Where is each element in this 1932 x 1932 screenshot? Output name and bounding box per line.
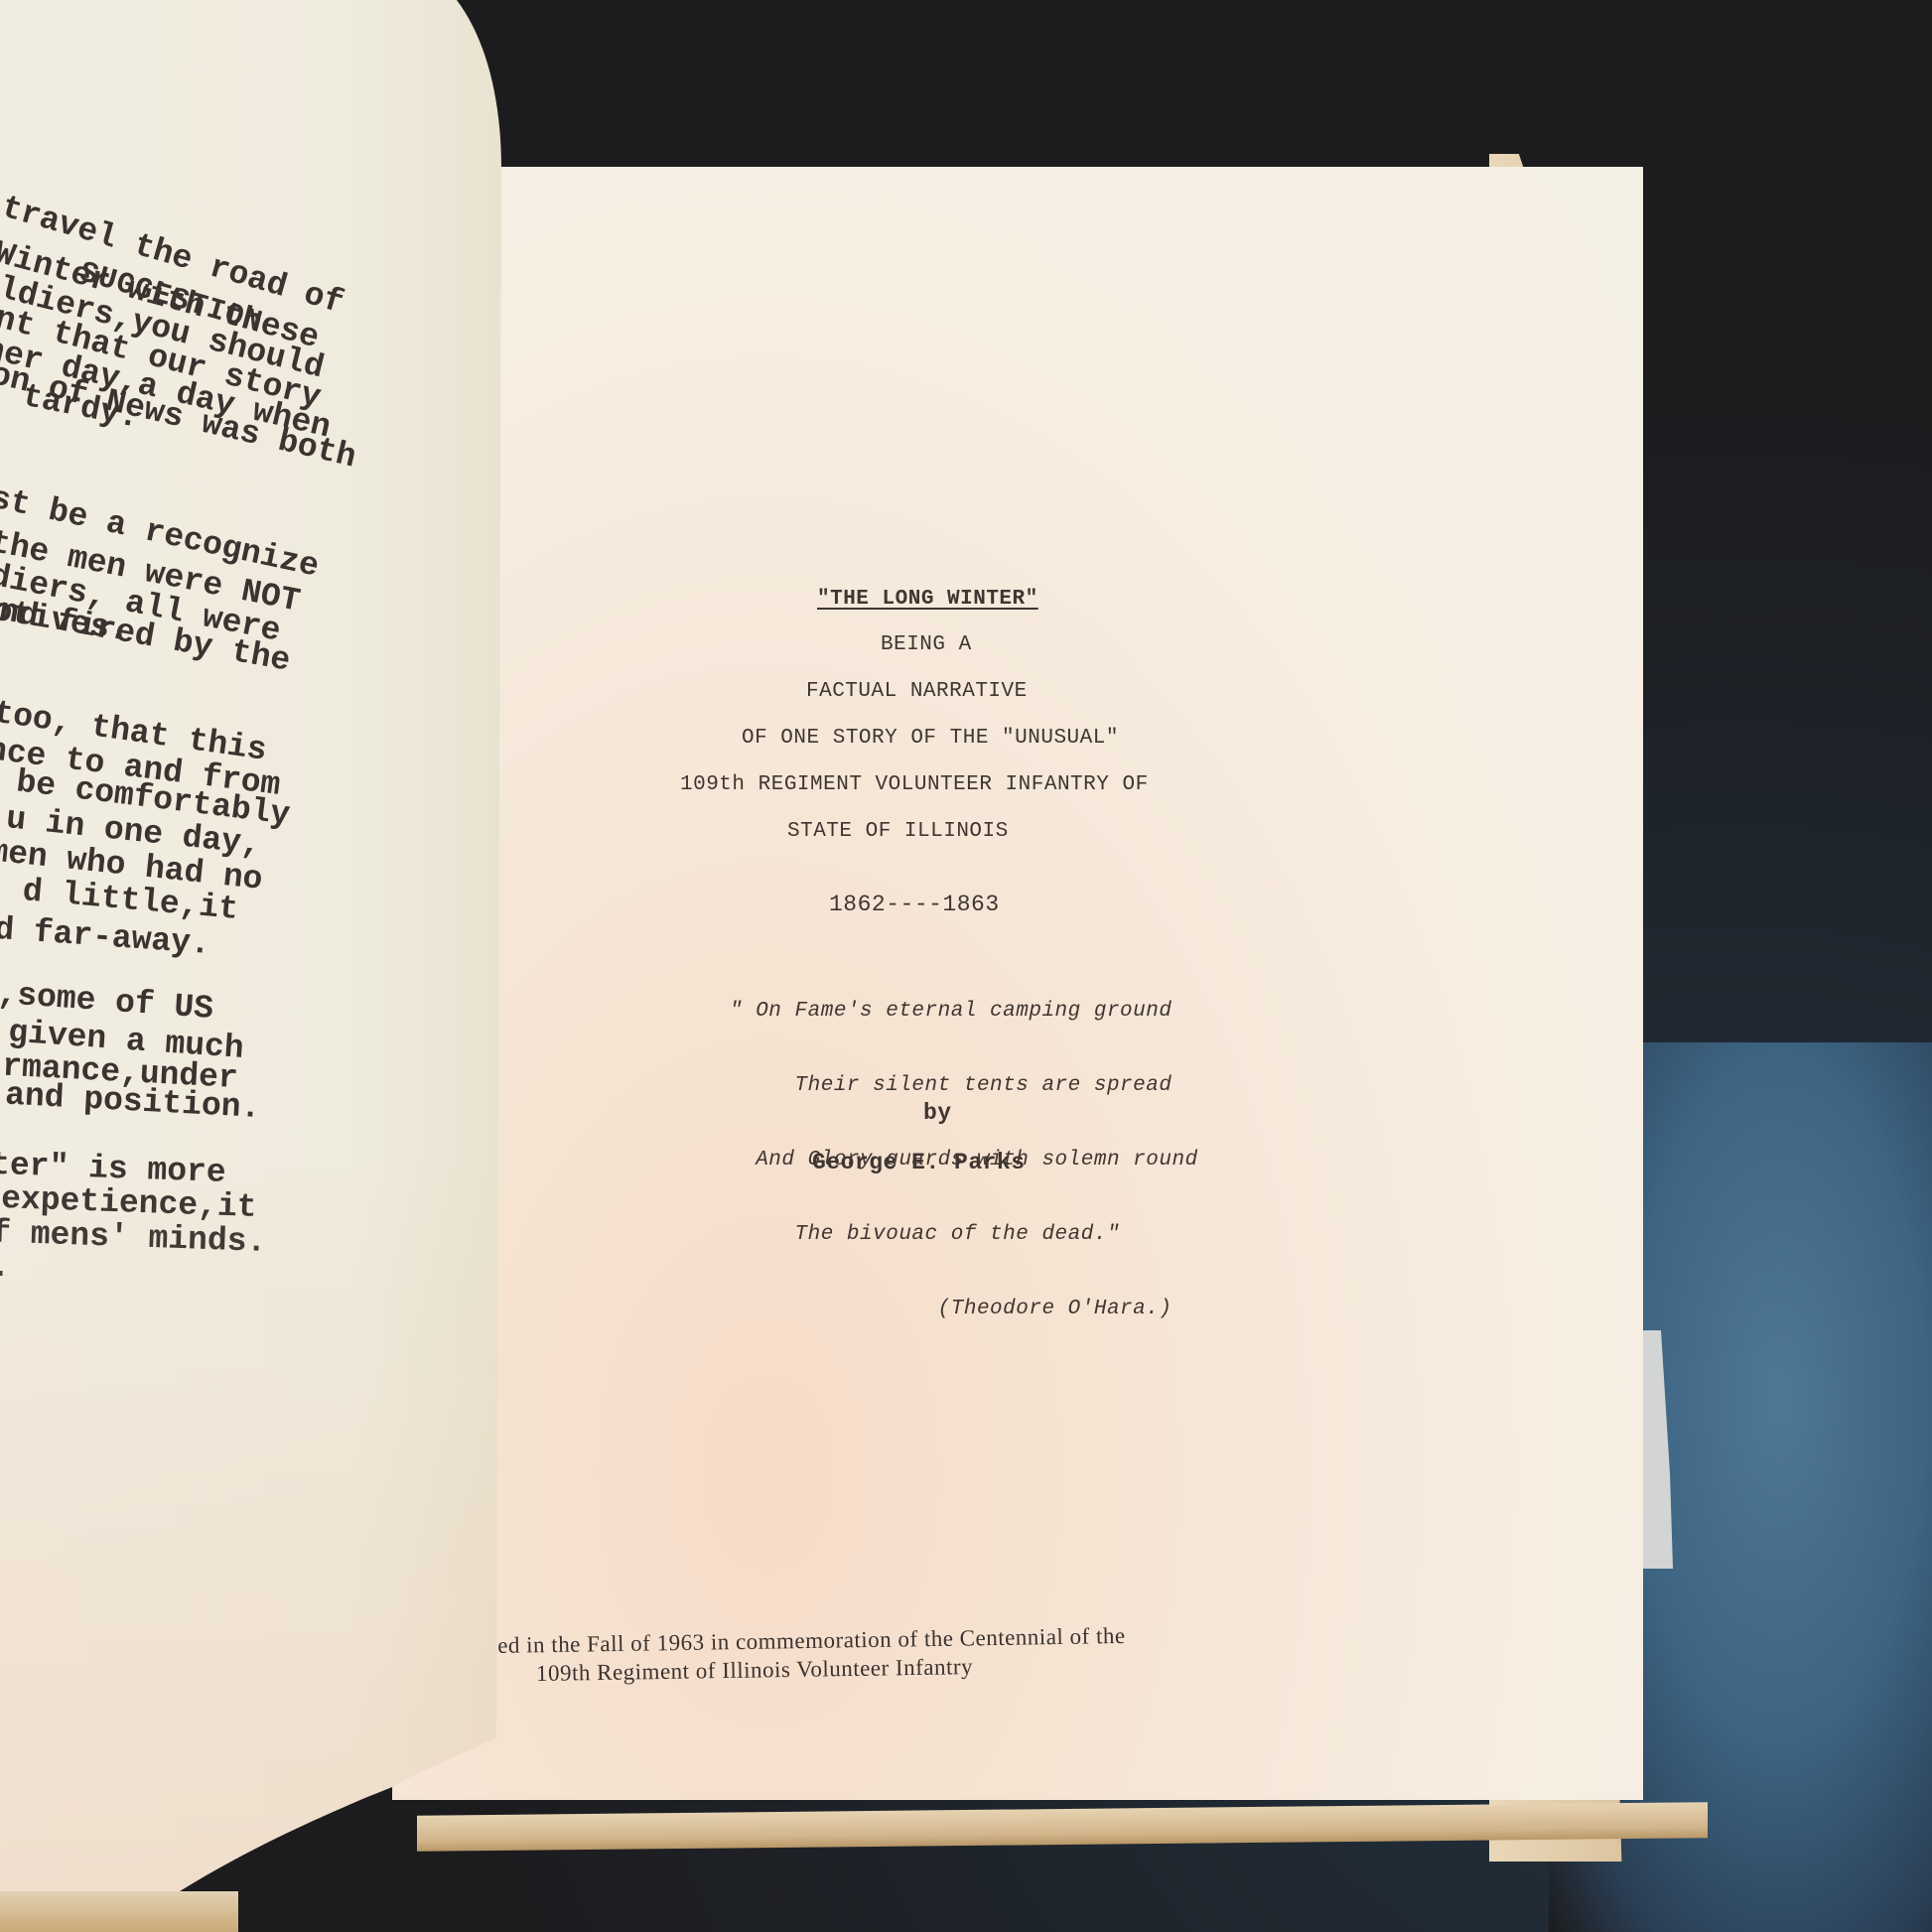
title-page: "THE LONG WINTER" BEING A FACTUAL NARRAT…: [392, 167, 1643, 1800]
subtitle-line: STATE OF ILLINOIS: [787, 820, 1009, 843]
poem-line: The bivouac of the dead.": [730, 1222, 1198, 1247]
subtitle-line: OF ONE STORY OF THE "UNUSUAL": [742, 727, 1119, 750]
subtitle-line: BEING A: [881, 633, 972, 656]
author-name: George E. Parks: [812, 1150, 1026, 1175]
text-line: nce to and from: [0, 734, 282, 802]
by-label: by: [923, 1100, 952, 1126]
text-line: d be comfortably: [0, 761, 292, 832]
section-heading: SUGGESTION: [76, 258, 266, 339]
facing-page-text: SUGGESTION u travel the road of Winter w…: [0, 0, 516, 1390]
poem-attribution: (Theodore O'Hara.): [730, 1297, 1198, 1321]
text-line: tion of News was both: [0, 349, 359, 475]
text-line: ant that our story: [0, 297, 324, 414]
text-line: ,some of US: [0, 978, 214, 1026]
text-line: rmance,under: [2, 1050, 239, 1095]
text-line: f mens' minds.: [0, 1216, 267, 1259]
text-line: men who had no: [0, 835, 264, 897]
text-line: and fired by the: [0, 591, 293, 678]
text-line: ust be a recognize: [0, 478, 321, 583]
subtitle-line: FACTUAL NARRATIVE: [806, 680, 1028, 703]
text-line: and position.: [0, 1078, 261, 1125]
text-line: ed far-away.: [0, 911, 211, 960]
text-line: otives.: [0, 595, 132, 648]
book-title: "THE LONG WINTER": [817, 588, 1038, 611]
imprint-line: 109th Regiment of Illinois Volunteer Inf…: [536, 1654, 973, 1687]
text-line: oldiers,you should: [0, 267, 327, 384]
facing-page: SUGGESTION u travel the road of Winter w…: [0, 0, 506, 1932]
text-line: u travel the road of: [0, 180, 347, 320]
years: 1862----1863: [829, 892, 1000, 917]
text-line: diers, all were: [0, 560, 283, 648]
text-line: Winter with these: [0, 231, 322, 354]
text-line: d little,it: [22, 875, 240, 926]
text-line: expetience,it: [0, 1182, 256, 1224]
facing-page-bottom-edge: [0, 1891, 238, 1932]
text-line: ther day,a day when: [0, 329, 334, 445]
text-line: tardy.: [1, 376, 142, 435]
subtitle-line: 109th REGIMENT VOLUNTEER INFANTRY OF: [680, 773, 1149, 796]
poem-line: " On Fame's eternal camping ground: [730, 999, 1198, 1024]
text-line: .: [0, 1251, 10, 1284]
imprint-line: published in the Fall of 1963 in commemo…: [427, 1623, 1126, 1660]
text-line: the men were NOT: [0, 522, 303, 619]
text-line: ter" is more: [0, 1149, 227, 1189]
text-line: u in one day,: [4, 802, 261, 862]
text-line: given a much: [0, 1015, 244, 1065]
text-line: too, that this: [0, 697, 268, 767]
poem-line: Their silent tents are spread: [730, 1073, 1198, 1098]
